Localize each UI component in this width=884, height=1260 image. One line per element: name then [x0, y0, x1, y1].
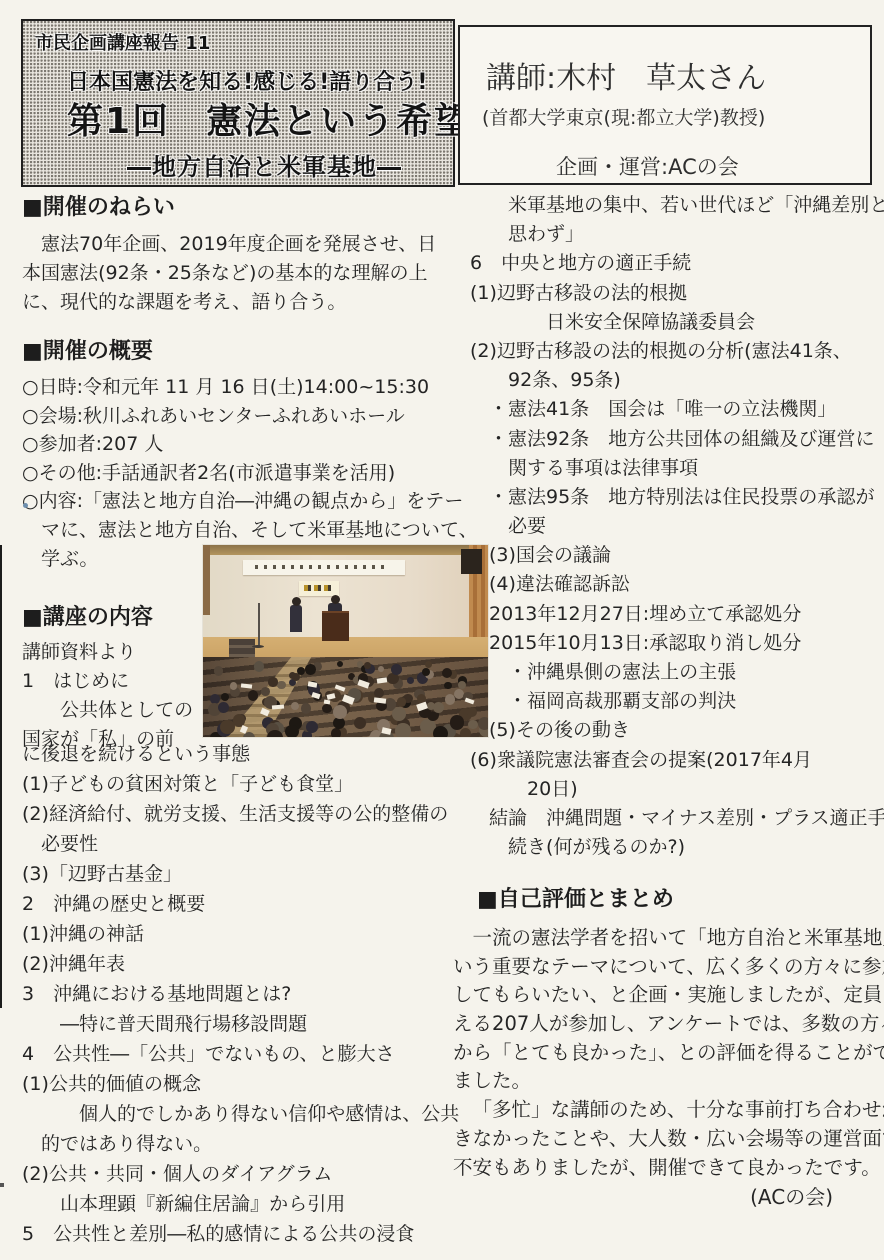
text-line: 米軍基地の集中、若い世代ほど「沖縄差別とは — [470, 191, 884, 220]
text-line: ・沖縄県側の憲法上の主張 — [470, 658, 884, 687]
scan-edge-mark — [0, 1183, 4, 1187]
text-line: える207人が参加し、アンケートでは、多数の方々 — [453, 1010, 875, 1039]
photo-audience-heads — [203, 545, 488, 737]
section-evaluation-heading: ■自己評価とまとめ — [453, 882, 875, 913]
text-line: (4)違法確認訴訟 — [470, 570, 884, 599]
section-aim-body: 憲法70年企画、2019年度企画を発展させ、日本国憲法(92条・25条など)の基… — [22, 230, 452, 317]
photo-audience-head — [306, 721, 318, 733]
photo-audience-head — [460, 728, 471, 737]
lecturer-info-box: 講師:木村草太さん (首都大学東京(現:都立大学)教授) 企画・運営:ACの会 — [458, 25, 872, 185]
photo-audience-head — [301, 703, 311, 713]
text-line: 山本理顕『新編住居論』から引用 — [22, 1189, 454, 1219]
photo-audience-head — [444, 682, 451, 689]
text-line: 憲法70年企画、2019年度企画を発展させ、日 — [22, 230, 452, 259]
photo-audience-head — [364, 662, 371, 669]
photo-audience-head — [331, 728, 342, 737]
text-line: 本国憲法(92条・25条など)の基本的な理解の上 — [22, 259, 452, 288]
photo-handout-paper — [374, 697, 386, 703]
section-content-heading: ■講座の内容 — [22, 600, 207, 631]
text-line: ・憲法41条国会は「唯一の立法機関」 — [470, 395, 884, 424]
text-line: ○会場:秋川ふれあいセンターふれあいホール — [22, 402, 462, 431]
text-line: 一流の憲法学者を招いて「地方自治と米軍基地」と — [453, 924, 875, 953]
photo-audience-head — [248, 690, 259, 701]
photo-audience-head — [267, 730, 283, 737]
photo-audience-head — [220, 720, 235, 735]
lecture-title-box: 市民企画講座報告 11 日本国憲法を知る!感じる!語り合う! 第1回憲法という希… — [21, 19, 455, 187]
text-line: きなかったことや、大人数・広い会場等の運営面での — [453, 1125, 875, 1154]
photo-audience-head — [458, 681, 466, 689]
text-line: マに、憲法と地方自治、そして米軍基地について、 — [22, 516, 462, 545]
section-content-intro: 講師資料より1はじめに公共体としての国家が「私」の前 — [22, 638, 207, 754]
photo-audience-head — [289, 672, 296, 679]
section-aim: ■開催のねらい 憲法70年企画、2019年度企画を発展させ、日本国憲法(92条・… — [22, 190, 452, 317]
text-line: 必要性 — [22, 829, 454, 859]
photo-audience-head — [354, 717, 366, 729]
text-line: 結論沖縄問題・マイナス差別・プラス適正手 — [470, 804, 884, 833]
text-line: ○参加者:207 人 — [22, 430, 462, 459]
text-line: ○内容:「憲法と地方自治―沖縄の観点から」をテー — [22, 487, 462, 516]
photo-audience-head — [218, 702, 229, 713]
section-overview: ■開催の概要 ○日時:令和元年 11 月 16 日(土)14:00~15:30○… — [22, 334, 462, 573]
organizer-label: 企画・運営:ACの会 — [556, 151, 739, 181]
text-line: 3沖縄における基地問題とは? — [22, 979, 454, 1009]
section-content-outline-continued: 米軍基地の集中、若い世代ほど「沖縄差別とは思わず」6中央と地方の適正手続(1)辺… — [462, 191, 884, 862]
text-line: 日米安全保障協議委員会 — [470, 308, 884, 337]
section-aim-heading: ■開催のねらい — [22, 190, 452, 221]
text-line: 2015年10月13日:承認取り消し処分 — [470, 629, 884, 658]
photo-handout-paper — [272, 704, 284, 709]
text-line: (1)公共的価値の概念 — [22, 1069, 454, 1099]
text-line: 講師資料より — [22, 638, 207, 667]
text-line: (6)衆議院憲法審査会の提案(2017年4月 — [470, 746, 884, 775]
evaluation-signature: (ACの会) — [453, 1182, 875, 1212]
lecture-hall-photo — [203, 545, 488, 737]
photo-audience-head — [285, 725, 298, 737]
photo-audience-head — [254, 661, 265, 672]
photo-audience-head — [277, 681, 286, 690]
photo-audience-head — [450, 715, 464, 729]
text-line: 2013年12月27日:埋め立て承認処分 — [470, 600, 884, 629]
content-outline-right-lines: 米軍基地の集中、若い世代ほど「沖縄差別とは思わず」6中央と地方の適正手続(1)辺… — [470, 191, 884, 862]
text-line: ・憲法92条地方公共団体の組織及び運営に — [470, 425, 884, 454]
photo-audience-head — [221, 693, 230, 702]
report-series-label: 市民企画講座報告 11 — [35, 29, 210, 55]
text-line: (1)子どもの貧困対策と「子ども食堂」 — [22, 769, 454, 799]
text-line: いう重要なテーマについて、広く多くの方々に参加 — [453, 953, 875, 982]
section-overview-body: ○日時:令和元年 11 月 16 日(土)14:00~15:30○会場:秋川ふれ… — [22, 373, 462, 573]
scan-edge-line — [0, 545, 2, 1008]
text-line: ○その他:手話通訳者2名(市派遣事業を活用) — [22, 459, 462, 488]
lecture-slogan: 日本国憲法を知る!感じる!語り合う! — [67, 65, 427, 96]
text-line: 必要 — [470, 512, 884, 541]
text-line: (2)沖縄年表 — [22, 949, 454, 979]
photo-audience-head — [337, 661, 343, 667]
text-line: 92条、95条) — [470, 366, 884, 395]
photo-audience-head — [391, 664, 402, 675]
text-line: 関する事項は法律事項 — [470, 454, 884, 483]
photo-audience-head — [230, 682, 237, 689]
photo-audience-head — [374, 688, 384, 698]
text-line: 公共体としての — [22, 696, 207, 725]
photo-audience-head — [378, 666, 384, 672]
photo-audience-head — [392, 707, 406, 721]
photo-audience-head — [425, 661, 432, 668]
section-evaluation-body: 一流の憲法学者を招いて「地方自治と米軍基地」という重要なテーマについて、広く多く… — [453, 924, 875, 1182]
text-line: (2)辺野古移設の法的根拠の分析(憲法41条、 — [470, 337, 884, 366]
photo-handout-paper — [465, 698, 475, 705]
text-line: 「多忙」な講師のため、十分な事前打ち合わせがで — [453, 1096, 875, 1125]
section-evaluation: ■自己評価とまとめ 一流の憲法学者を招いて「地方自治と米軍基地」という重要なテー… — [453, 882, 875, 1212]
scan-ink-dot — [23, 503, 28, 508]
photo-audience-head — [214, 666, 223, 675]
text-line: 1はじめに — [22, 667, 207, 696]
photo-audience-head — [395, 723, 410, 737]
text-line: 6中央と地方の適正手続 — [470, 249, 884, 278]
photo-handout-paper — [377, 677, 387, 684]
photo-audience-head — [291, 702, 299, 710]
photo-audience-head — [261, 687, 270, 696]
text-line: 20日) — [470, 775, 884, 804]
text-line: ―特に普天間飛行場移設問題 — [22, 1009, 454, 1039]
photo-audience-head — [305, 664, 316, 675]
text-line: (1)辺野古移設の法的根拠 — [470, 279, 884, 308]
text-line: から「とても良かった」、との評価を得ることができ — [453, 1039, 875, 1068]
text-line: 個人的でしかあり得ない信仰や感情は、公共 — [22, 1099, 454, 1129]
photo-audience-head — [297, 667, 305, 675]
section-overview-heading: ■開催の概要 — [22, 334, 462, 365]
lecturer-affiliation: (首都大学東京(現:都立大学)教授) — [482, 103, 765, 130]
section-content: ■講座の内容 講師資料より1はじめに公共体としての国家が「私」の前 — [22, 600, 207, 754]
text-line: 思わず」 — [470, 220, 884, 249]
photo-audience-head — [468, 720, 477, 729]
photo-audience-head — [268, 677, 277, 686]
text-line: してもらいたい、と企画・実施しましたが、定員を超 — [453, 981, 875, 1010]
photo-handout-paper — [241, 683, 253, 689]
text-line: 4公共性―「公共」でないもの、と膨大さ — [22, 1039, 454, 1069]
text-line: に後退を続けるという事態 — [22, 739, 454, 769]
text-line: (3)「辺野古基金」 — [22, 859, 454, 889]
text-line: (2)経済給付、就労支援、生活支援等の公的整備の — [22, 799, 454, 829]
text-line: 5公共性と差別―私的感情による公共の浸食 — [22, 1219, 454, 1249]
photo-audience-head — [387, 673, 398, 684]
lecture-subtitle: ―地方自治と米軍基地― — [127, 147, 402, 182]
text-line: ました。 — [453, 1067, 875, 1096]
text-line: 2沖縄の歴史と概要 — [22, 889, 454, 919]
text-line: ○日時:令和元年 11 月 16 日(土)14:00~15:30 — [22, 373, 462, 402]
text-line: (2)公共・共同・個人のダイアグラム — [22, 1159, 454, 1189]
content-outline-lines: に後退を続けるという事態(1)子どもの貧困対策と「子ども食堂」(2)経済給付、就… — [22, 739, 454, 1249]
lecture-main-title: 第1回憲法という希望 — [67, 93, 472, 144]
text-line: (3)国会の議論 — [470, 541, 884, 570]
photo-audience-head — [397, 697, 406, 706]
text-line: 的ではあり得ない。 — [22, 1129, 454, 1159]
photo-audience-head — [467, 707, 478, 718]
photo-handout-paper — [307, 681, 317, 687]
photo-audience-head — [322, 704, 332, 714]
photo-handout-paper — [382, 727, 392, 734]
text-line: 続き(何が残るのか?) — [470, 833, 884, 862]
section-content-outline: に後退を続けるという事態(1)子どもの貧困対策と「子ども食堂」(2)経済給付、就… — [22, 739, 454, 1249]
photo-audience-head — [333, 705, 347, 719]
text-line: (5)その後の動き — [470, 716, 884, 745]
lecturer-name: 講師:木村草太さん — [486, 53, 766, 97]
text-line: に、現代的な課題を考え、語り合う。 — [22, 288, 452, 317]
text-line: 不安もありましたが、開催できて良かったです。 — [453, 1154, 875, 1183]
photo-audience-head — [442, 668, 452, 678]
text-line: (1)沖縄の神話 — [22, 919, 454, 949]
text-line: ・福岡高裁那覇支部の判決 — [470, 687, 884, 716]
text-line: ・憲法95条地方特別法は住民投票の承認が — [470, 483, 884, 512]
photo-audience-head — [433, 726, 448, 737]
photo-audience-head — [407, 677, 414, 684]
